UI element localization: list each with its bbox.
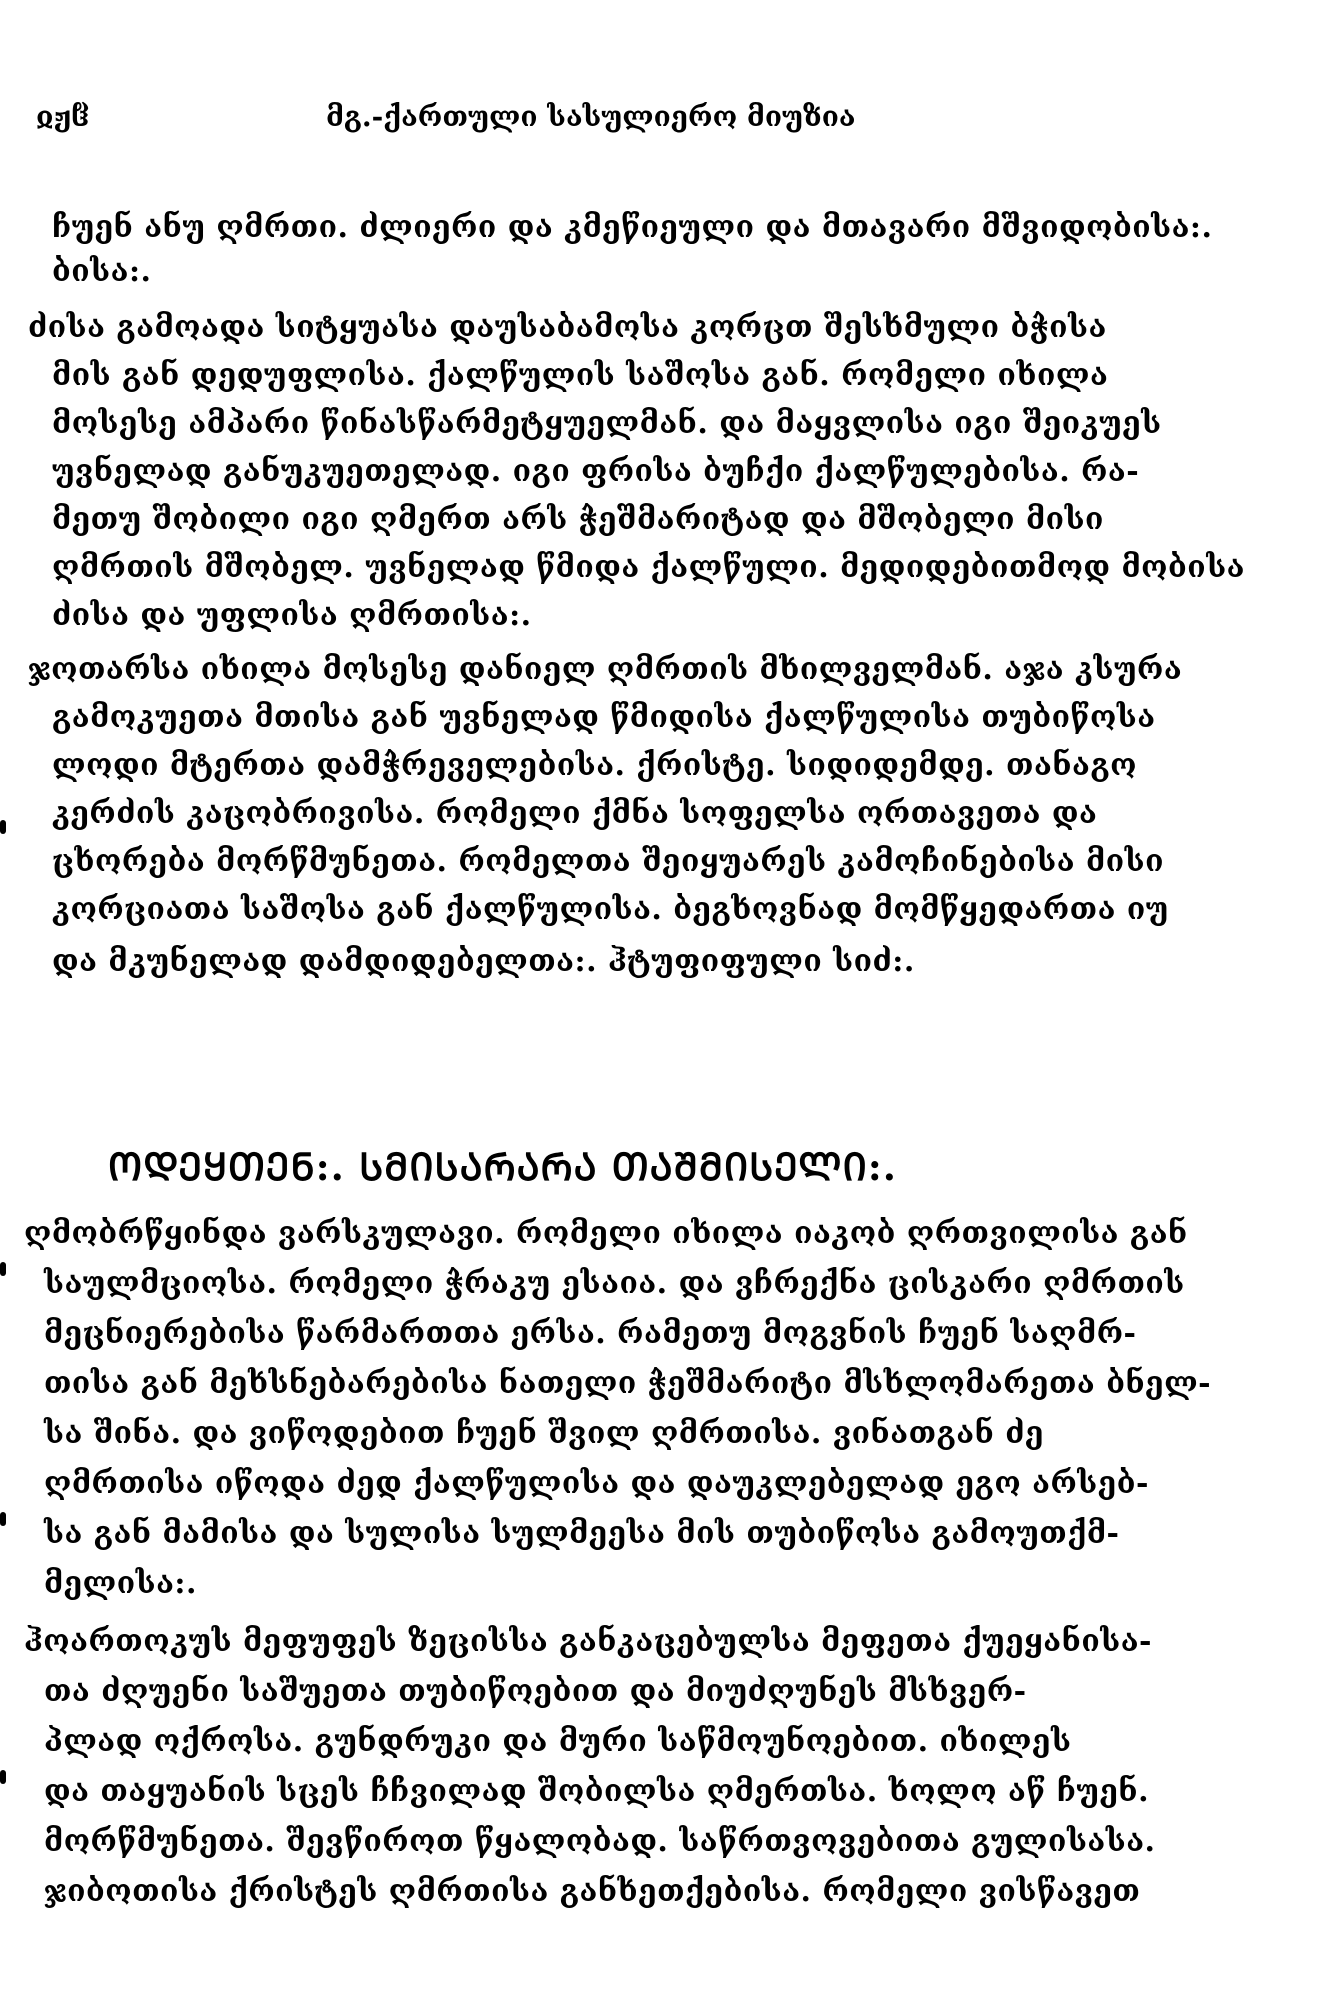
- text-line: საულმციოსა. რომელი ჭრაკუ ესაია. და ვჩრექ…: [44, 1262, 1185, 1306]
- text-line: მის გან დედუფლისა. ქალწულის საშოსა გან. …: [52, 354, 1108, 398]
- text-line: უვნელად განუკუეთელად. იგი ფრისა ბუჩქი ქა…: [52, 450, 1139, 494]
- text-line: ჩუენ ანუ ღმრთი. ძლიერი და კმეწიეული და მ…: [52, 206, 1212, 250]
- text-line: მორწმუნეთა. შევწიროთ წყალობად. საწრთვოვე…: [44, 1820, 1155, 1864]
- text-line: სა გან მამისა და სულისა სულმეესა მის თუბ…: [44, 1512, 1120, 1556]
- text-line: ლოდი მტერთა დამჭრეველებისა. ქრისტე. სიდი…: [52, 744, 1137, 788]
- running-header: ჲჟჱ მგ.-ქართული სასულიერო მიუზია: [36, 100, 1036, 150]
- text-line: ღმრთისა იწოდა ძედ ქალწულისა და დაუკლებელ…: [44, 1462, 1149, 1506]
- text-line: ჰოართოკუს მეფუფეს ზეცისსა განკაცებულსა მ…: [24, 1620, 1152, 1664]
- page-number: ჲჟჱ: [36, 100, 90, 133]
- text-line: ჯოთარსა იხილა მოსესე დანიელ ღმრთის მხილვ…: [28, 648, 1182, 692]
- text-line: სა შინა. და ვიწოდებით ჩუენ შვილ ღმრთისა.…: [44, 1412, 1044, 1456]
- text-line: თა ძღუენი საშუეთა თუბიწოებით და მიუძღუნე…: [44, 1670, 1027, 1714]
- margin-mark: [0, 1770, 6, 1784]
- margin-mark: [0, 1512, 6, 1526]
- text-line: ძისა გამოადა სიტყუასა დაუსაბამოსა კორცთ …: [28, 306, 1107, 350]
- text-line: თისა გან მეხსნებარებისა ნათელი ჭეშმარიტი…: [44, 1362, 1211, 1406]
- margin-mark: [0, 1262, 6, 1276]
- text-line: მოსესე ამპარი წინასწარმეტყუელმან. და მაყ…: [52, 402, 1162, 446]
- text-line: გამოკუეთა მთისა გან უვნელად წმიდისა ქალწ…: [52, 696, 1156, 740]
- text-line: პლად ოქროსა. გუნდრუკი და მური საწმოუნოებ…: [44, 1720, 1071, 1764]
- text-line: მეცნიერებისა წარმართთა ერსა. რამეთუ მოგვ…: [44, 1312, 1136, 1356]
- margin-mark: [0, 820, 6, 834]
- text-line: ღმრთის მშობელ. უვნელად წმიდა ქალწული. მე…: [52, 546, 1245, 590]
- text-line: კერძის კაცობრივისა. რომელი ქმნა სოფელსა …: [52, 792, 1097, 836]
- section-heading: ᲝᲓᲔᲧᲗᲔᲜ:. ᲡᲛᲘᲡᲐᲠᲐᲠᲐ ᲗᲐᲨᲛᲘᲡᲔᲚᲘ:.: [108, 1140, 897, 1192]
- scanned-page: ჲჟჱ მგ.-ქართული სასულიერო მიუზია ჩუენ ან…: [0, 0, 1340, 1999]
- text-line: ბისა:.: [52, 250, 151, 294]
- text-line: და თაყუანის სცეს ჩჩვილად შობილსა ღმერთსა…: [44, 1770, 1149, 1814]
- text-line: ჯიბოთისა ქრისტეს ღმრთისა განხეთქებისა. რ…: [44, 1870, 1140, 1914]
- text-line: ცხორება მორწმუნეთა. რომელთა შეიყუარეს კა…: [52, 840, 1164, 884]
- running-title: მგ.-ქართული სასულიერო მიუზია: [326, 100, 856, 133]
- text-line: ღმობრწყინდა ვარსკულავი. რომელი იხილა იაკ…: [24, 1212, 1188, 1256]
- text-line: კორციათა საშოსა გან ქალწულისა. ბეგხოვნად…: [52, 888, 1169, 932]
- text-line: მეთუ შობილი იგი ღმერთ არს ჭეშმარიტად და …: [52, 498, 1104, 542]
- text-line: ძისა და უფლისა ღმრთისა:.: [52, 594, 532, 638]
- text-line: და მკუნელად დამდიდებელთა:. ჰტუფიფული სიძ…: [52, 940, 915, 984]
- text-line: მელისა:.: [44, 1562, 197, 1606]
